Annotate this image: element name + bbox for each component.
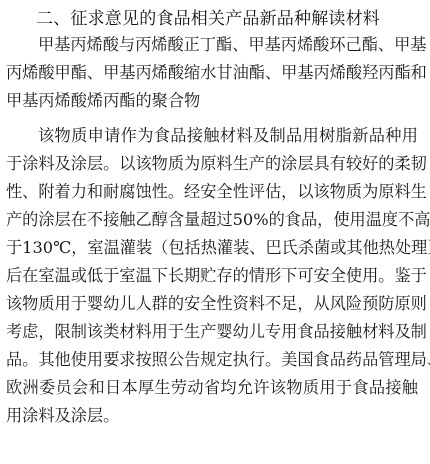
body-text-line: 欧洲委员会和日本厚生劳动省均允许该物质用于食品接触 [6, 377, 418, 399]
substance-title-line: 甲基丙烯酸与丙烯酸正丁酯、甲基丙烯酸环己酯、甲基 [38, 34, 418, 56]
body-text-line: 性、附着力和耐腐蚀性。经安全性评估，以该物质为原料生 [6, 181, 418, 203]
body-text-line: 品。其他使用要求按照公告规定执行。美国食品药品管理局、 [6, 349, 418, 371]
document-page: 二、征求意见的食品相关产品新品种解读材料 甲基丙烯酸与丙烯酸正丁酯、甲基丙烯酸环… [0, 0, 430, 464]
substance-title-line: 甲基丙烯酸烯丙酯的聚合物 [6, 90, 418, 112]
body-text-line: 后在室温或低于室温下长期贮存的情形下可安全使用。鉴于 [6, 265, 418, 287]
body-text-line: 产的涂层在不接触乙醇含量超过50%的食品，使用温度不高 [6, 209, 418, 231]
body-text-line: 于涂料及涂层。以该物质为原料生产的涂层具有较好的柔韧 [6, 153, 418, 175]
body-text-line: 用涂料及涂层。 [6, 405, 418, 427]
body-text-line: 该物质申请作为食品接触材料及制品用树脂新品种用 [38, 125, 418, 147]
body-text-line: 该物质用于婴幼儿人群的安全性资料不足，从风险预防原则 [6, 293, 418, 315]
section-heading: 二、征求意见的食品相关产品新品种解读材料 [36, 4, 380, 29]
body-text-line: 于130℃，室温灌装（包括热灌装、巴氏杀菌或其他热处理） [6, 237, 418, 259]
substance-title-line: 丙烯酸甲酯、甲基丙烯酸缩水甘油酯、甲基丙烯酸羟丙酯和 [6, 62, 418, 84]
body-text-line: 考虑，限制该类材料用于生产婴幼儿专用食品接触材料及制 [6, 321, 418, 343]
